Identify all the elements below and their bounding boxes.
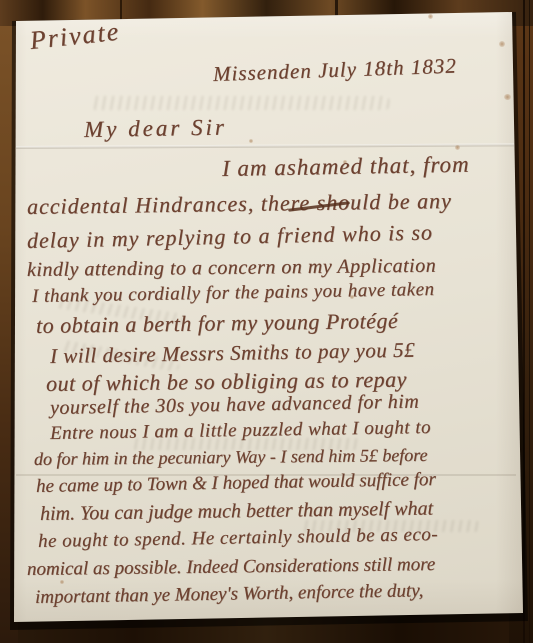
salutation: My dear Sir <box>84 115 227 143</box>
letter-line-4: kindly attending to a concern on my Appl… <box>27 255 436 282</box>
letter-line-6: to obtain a berth for my young Protégé <box>36 308 399 339</box>
foxing-spot <box>60 580 64 584</box>
ink-showthrough <box>90 96 390 110</box>
wood-plank-gap <box>529 0 530 643</box>
photograph-of-handwritten-letter: Private Missenden July 18th 1832 My dear… <box>0 0 533 643</box>
foxing-spot <box>428 14 433 19</box>
letter-paper: Private Missenden July 18th 1832 My dear… <box>0 0 533 643</box>
foxing-spot <box>499 41 505 47</box>
foxing-spot <box>249 139 253 143</box>
foxing-spot <box>455 145 460 150</box>
letter-line-1: I am ashamed that, from <box>222 152 470 182</box>
letter-line-11: do for him in the pecuniary Way - I send… <box>34 445 428 470</box>
foxing-spot <box>504 94 511 100</box>
